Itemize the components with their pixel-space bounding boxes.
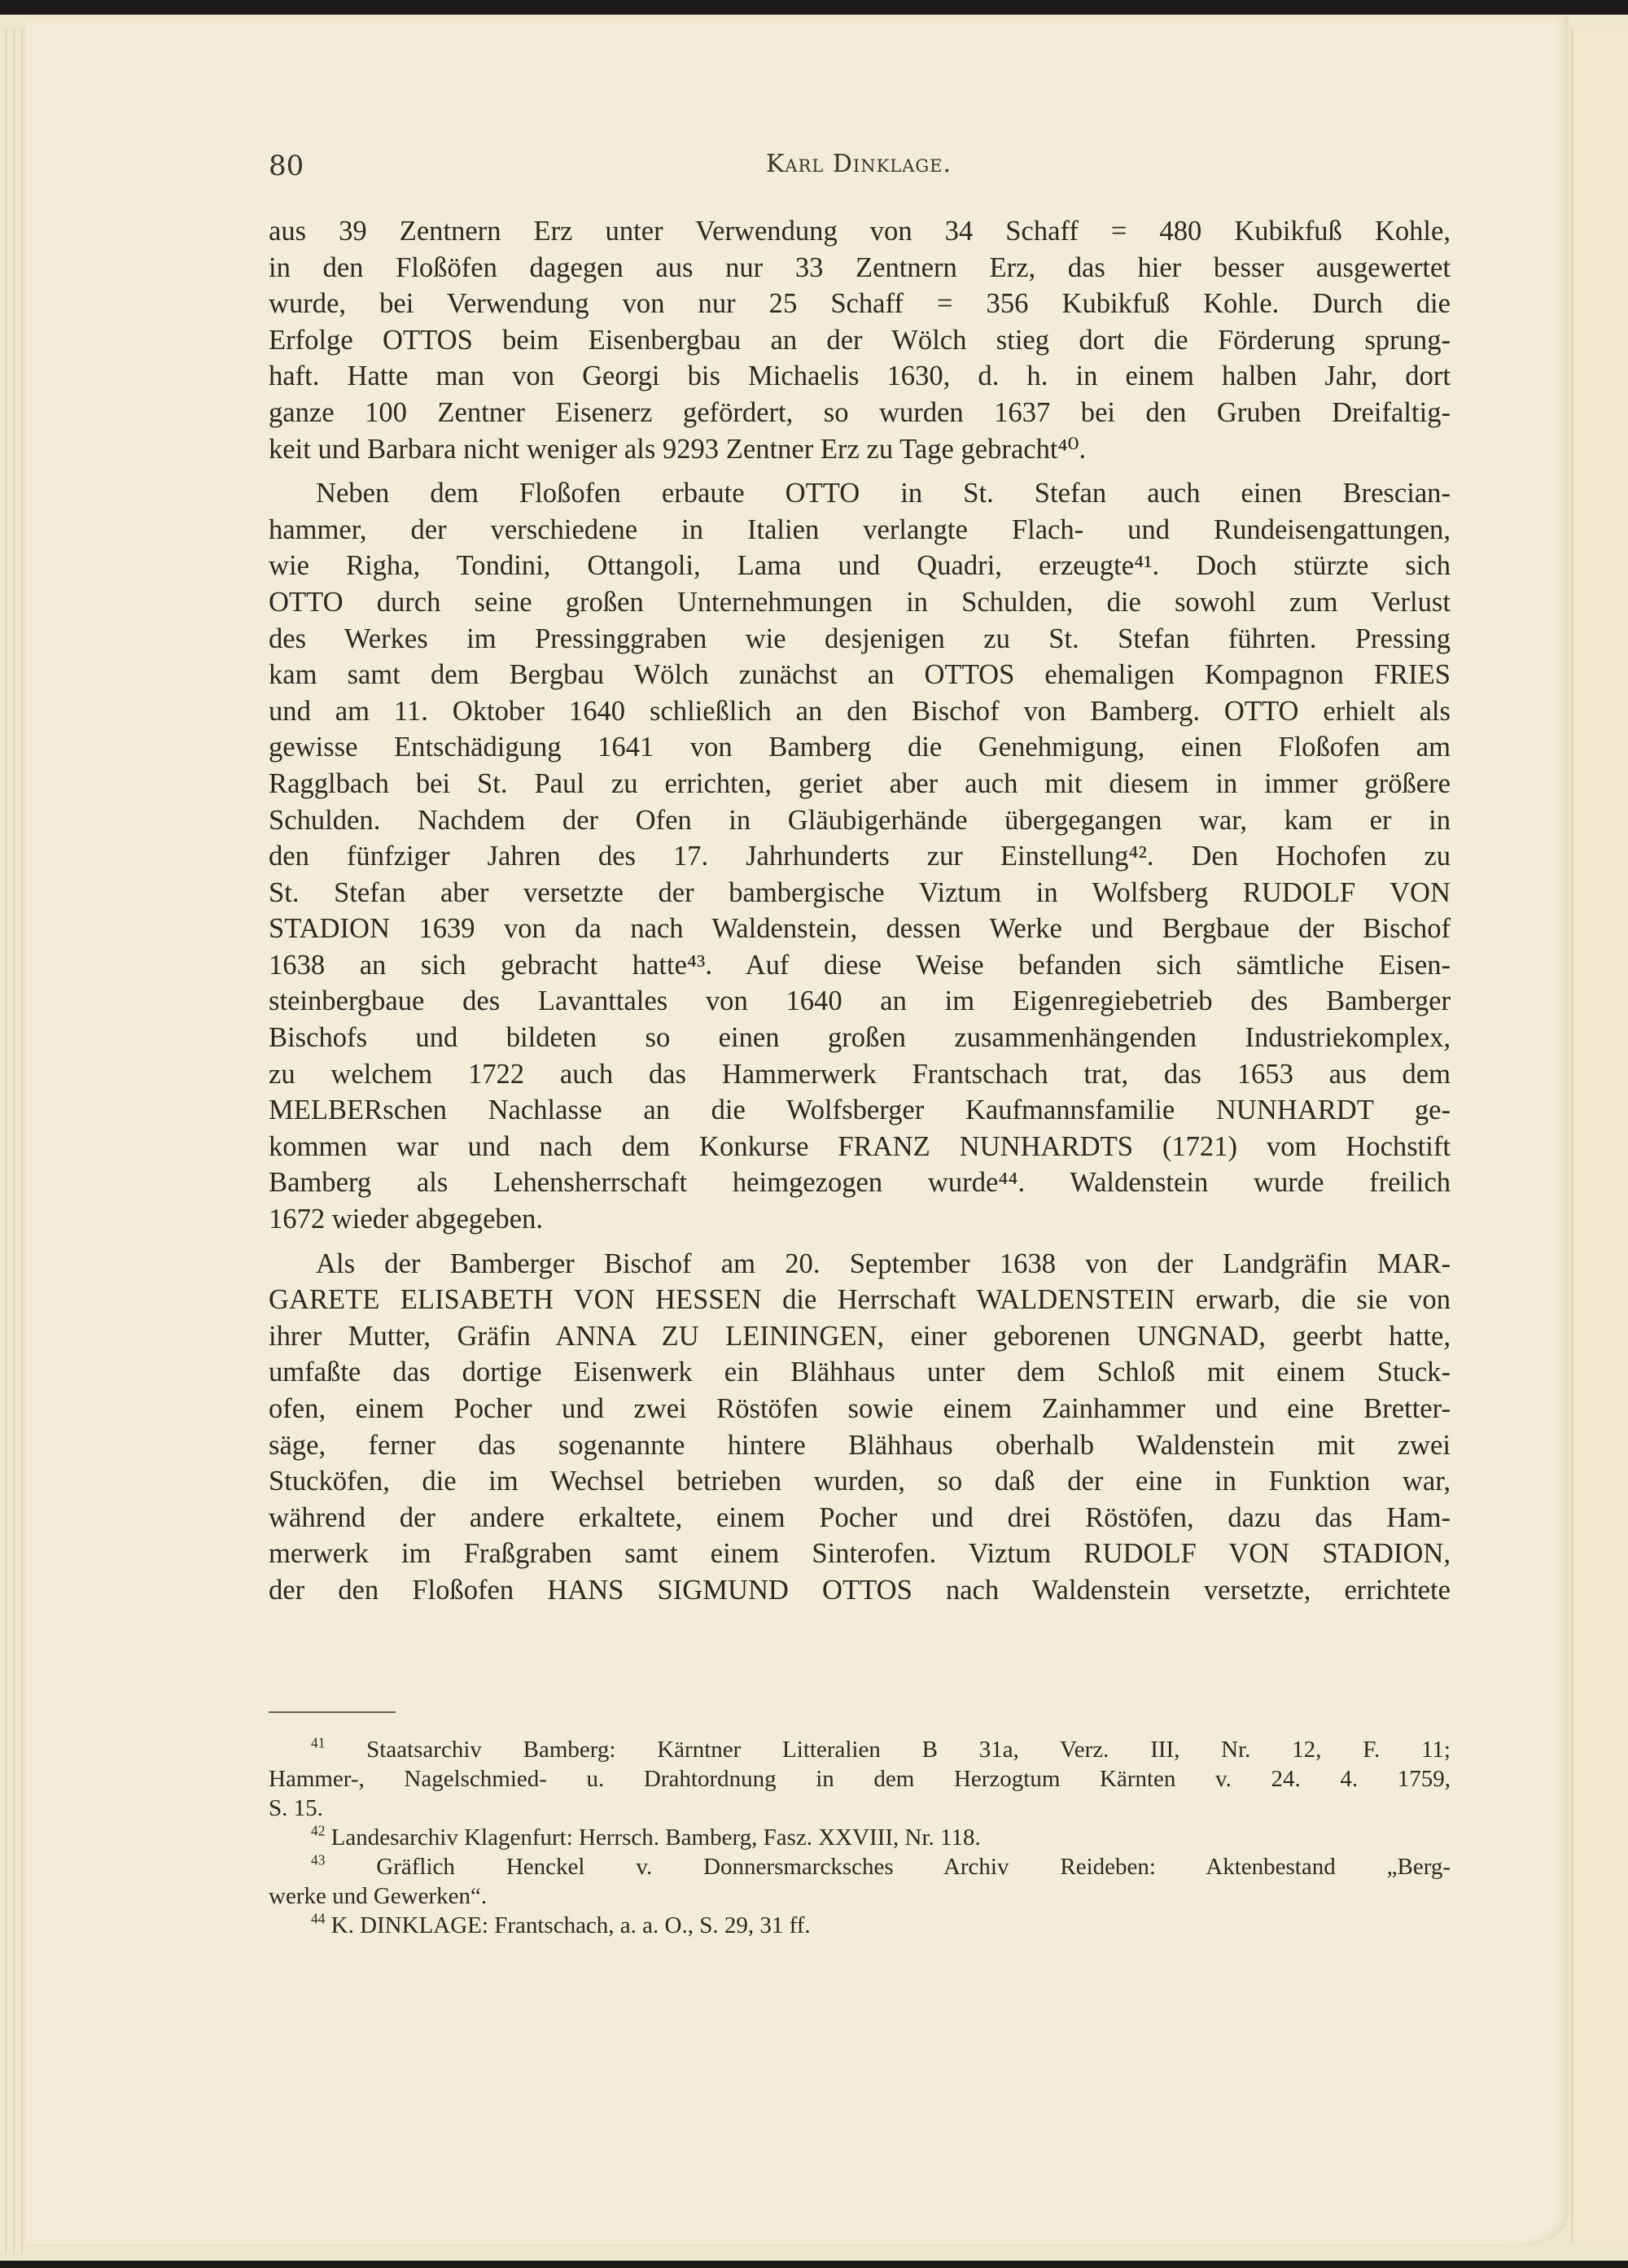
facing-page-edge	[1571, 29, 1628, 2243]
text-line: in den Floßöfen dagegen aus nur 33 Zentn…	[269, 250, 1451, 286]
body-text: aus 39 Zentnern Erz unter Verwendung von…	[269, 213, 1451, 1617]
text-line: merwerk im Fraßgraben samt einem Sintero…	[269, 1536, 1451, 1572]
text-line: Bischofs und bildeten so einen großen zu…	[269, 1020, 1451, 1056]
footnotes: 41 Staatsarchiv Bamberg: Kärntner Litter…	[269, 1735, 1451, 1940]
footnote-41: 41 Staatsarchiv Bamberg: Kärntner Litter…	[269, 1735, 1451, 1823]
text-line: MELBERschen Nachlasse an die Wolfsberger…	[269, 1092, 1451, 1129]
text-line: zu welchem 1722 auch das Hammerwerk Fran…	[269, 1056, 1451, 1093]
text-line: des Werkes im Pressinggraben wie desjeni…	[269, 621, 1451, 658]
text-line: ganze 100 Zentner Eisenerz gefördert, so…	[269, 395, 1451, 431]
paragraph-3: Als der Bamberger Bischof am 20. Septemb…	[269, 1246, 1451, 1609]
text-line: Stucköfen, die im Wechsel betrieben wurd…	[269, 1463, 1451, 1500]
text-line: ihrer Mutter, Gräfin ANNA ZU LEININGEN, …	[269, 1318, 1451, 1355]
text-line: Bamberg als Lehensherrschaft heimgezogen…	[269, 1165, 1451, 1201]
running-head: 80 Karl Dinklage.	[269, 150, 1449, 190]
text-line: umfaßte das dortige Eisenwerk ein Blähha…	[269, 1354, 1451, 1391]
text-line: 1672 wieder abgegeben.	[269, 1201, 1451, 1238]
text-line: keit und Barbara nicht weniger als 9293 …	[269, 431, 1451, 468]
text-line: Neben dem Floßofen erbaute OTTO in St. S…	[269, 475, 1451, 512]
footnote-number: 41	[311, 1735, 325, 1751]
text-line: säge, ferner das sogenannte hintere Bläh…	[269, 1427, 1451, 1464]
footnote-line: Hammer-, Nagelschmied- u. Drahtordnung i…	[269, 1764, 1451, 1794]
page-edge	[13, 29, 15, 2254]
footnote-line: S. 15.	[269, 1794, 1451, 1823]
paragraph-2: Neben dem Floßofen erbaute OTTO in St. S…	[269, 475, 1451, 1237]
text-line: Ragglbach bei St. Paul zu errichten, ger…	[269, 766, 1451, 802]
footnote-number: 43	[311, 1852, 325, 1868]
text-line: wie Righa, Tondini, Ottangoli, Lama und …	[269, 548, 1451, 584]
footnote-44: 44 K. DINKLAGE: Frantschach, a. a. O., S…	[269, 1911, 1451, 1940]
text-line: 1638 an sich gebracht hatte⁴³. Auf diese…	[269, 947, 1451, 984]
text-line: gewisse Entschädigung 1641 von Bamberg d…	[269, 729, 1451, 766]
footnote-42: 42 Landesarchiv Klagenfurt: Herrsch. Bam…	[269, 1823, 1451, 1852]
text-line: der den Floßofen HANS SIGMUND OTTOS nach…	[269, 1572, 1451, 1609]
text-line: hammer, der verschiedene in Italien verl…	[269, 512, 1451, 548]
footnote-line: 44 K. DINKLAGE: Frantschach, a. a. O., S…	[269, 1911, 1451, 1940]
text-line: kam samt dem Bergbau Wölch zunächst an O…	[269, 657, 1451, 693]
text-line: und am 11. Oktober 1640 schließlich an d…	[269, 693, 1451, 730]
running-title: Karl Dinklage.	[269, 150, 1449, 178]
page-edge	[21, 29, 23, 2254]
text-line: OTTO durch seine großen Unternehmungen i…	[269, 584, 1451, 621]
text-line: Als der Bamberger Bischof am 20. Septemb…	[269, 1246, 1451, 1283]
text-line: ofen, einem Pocher und zwei Röstöfen sow…	[269, 1391, 1451, 1427]
text-line: kommen war und nach dem Konkurse FRANZ N…	[269, 1129, 1451, 1165]
text-line: steinbergbaue des Lavanttales von 1640 a…	[269, 983, 1451, 1020]
footnote-line: 41 Staatsarchiv Bamberg: Kärntner Litter…	[269, 1735, 1451, 1764]
paragraph-1: aus 39 Zentnern Erz unter Verwendung von…	[269, 213, 1451, 467]
footnote-number: 44	[311, 1911, 325, 1927]
text-line: STADION 1639 von da nach Waldenstein, de…	[269, 911, 1451, 947]
text-line: haft. Hatte man von Georgi bis Michaelis…	[269, 358, 1451, 395]
footnote-number: 42	[311, 1823, 325, 1839]
text-line: wurde, bei Verwendung von nur 25 Schaff …	[269, 286, 1451, 322]
footnote-divider	[269, 1711, 396, 1713]
text-line: aus 39 Zentnern Erz unter Verwendung von…	[269, 213, 1451, 250]
footnote-line: 42 Landesarchiv Klagenfurt: Herrsch. Bam…	[269, 1823, 1451, 1852]
page-edge	[5, 29, 7, 2254]
text-line: Schulden. Nachdem der Ofen in Gläubigerh…	[269, 802, 1451, 839]
footnote-line: werke und Gewerken“.	[269, 1881, 1451, 1911]
footnote-line: 43 Gräflich Henckel v. Donnersmarcksches…	[269, 1852, 1451, 1881]
text-line: den fünfziger Jahren des 17. Jahrhundert…	[269, 838, 1451, 875]
text-line: während der andere erkaltete, einem Poch…	[269, 1500, 1451, 1536]
footnote-43: 43 Gräflich Henckel v. Donnersmarcksches…	[269, 1852, 1451, 1911]
text-line: Erfolge OTTOS beim Eisenbergbau an der W…	[269, 322, 1451, 359]
text-line: St. Stefan aber versetzte der bambergisc…	[269, 875, 1451, 911]
text-line: GARETE ELISABETH VON HESSEN die Herrscha…	[269, 1282, 1451, 1318]
